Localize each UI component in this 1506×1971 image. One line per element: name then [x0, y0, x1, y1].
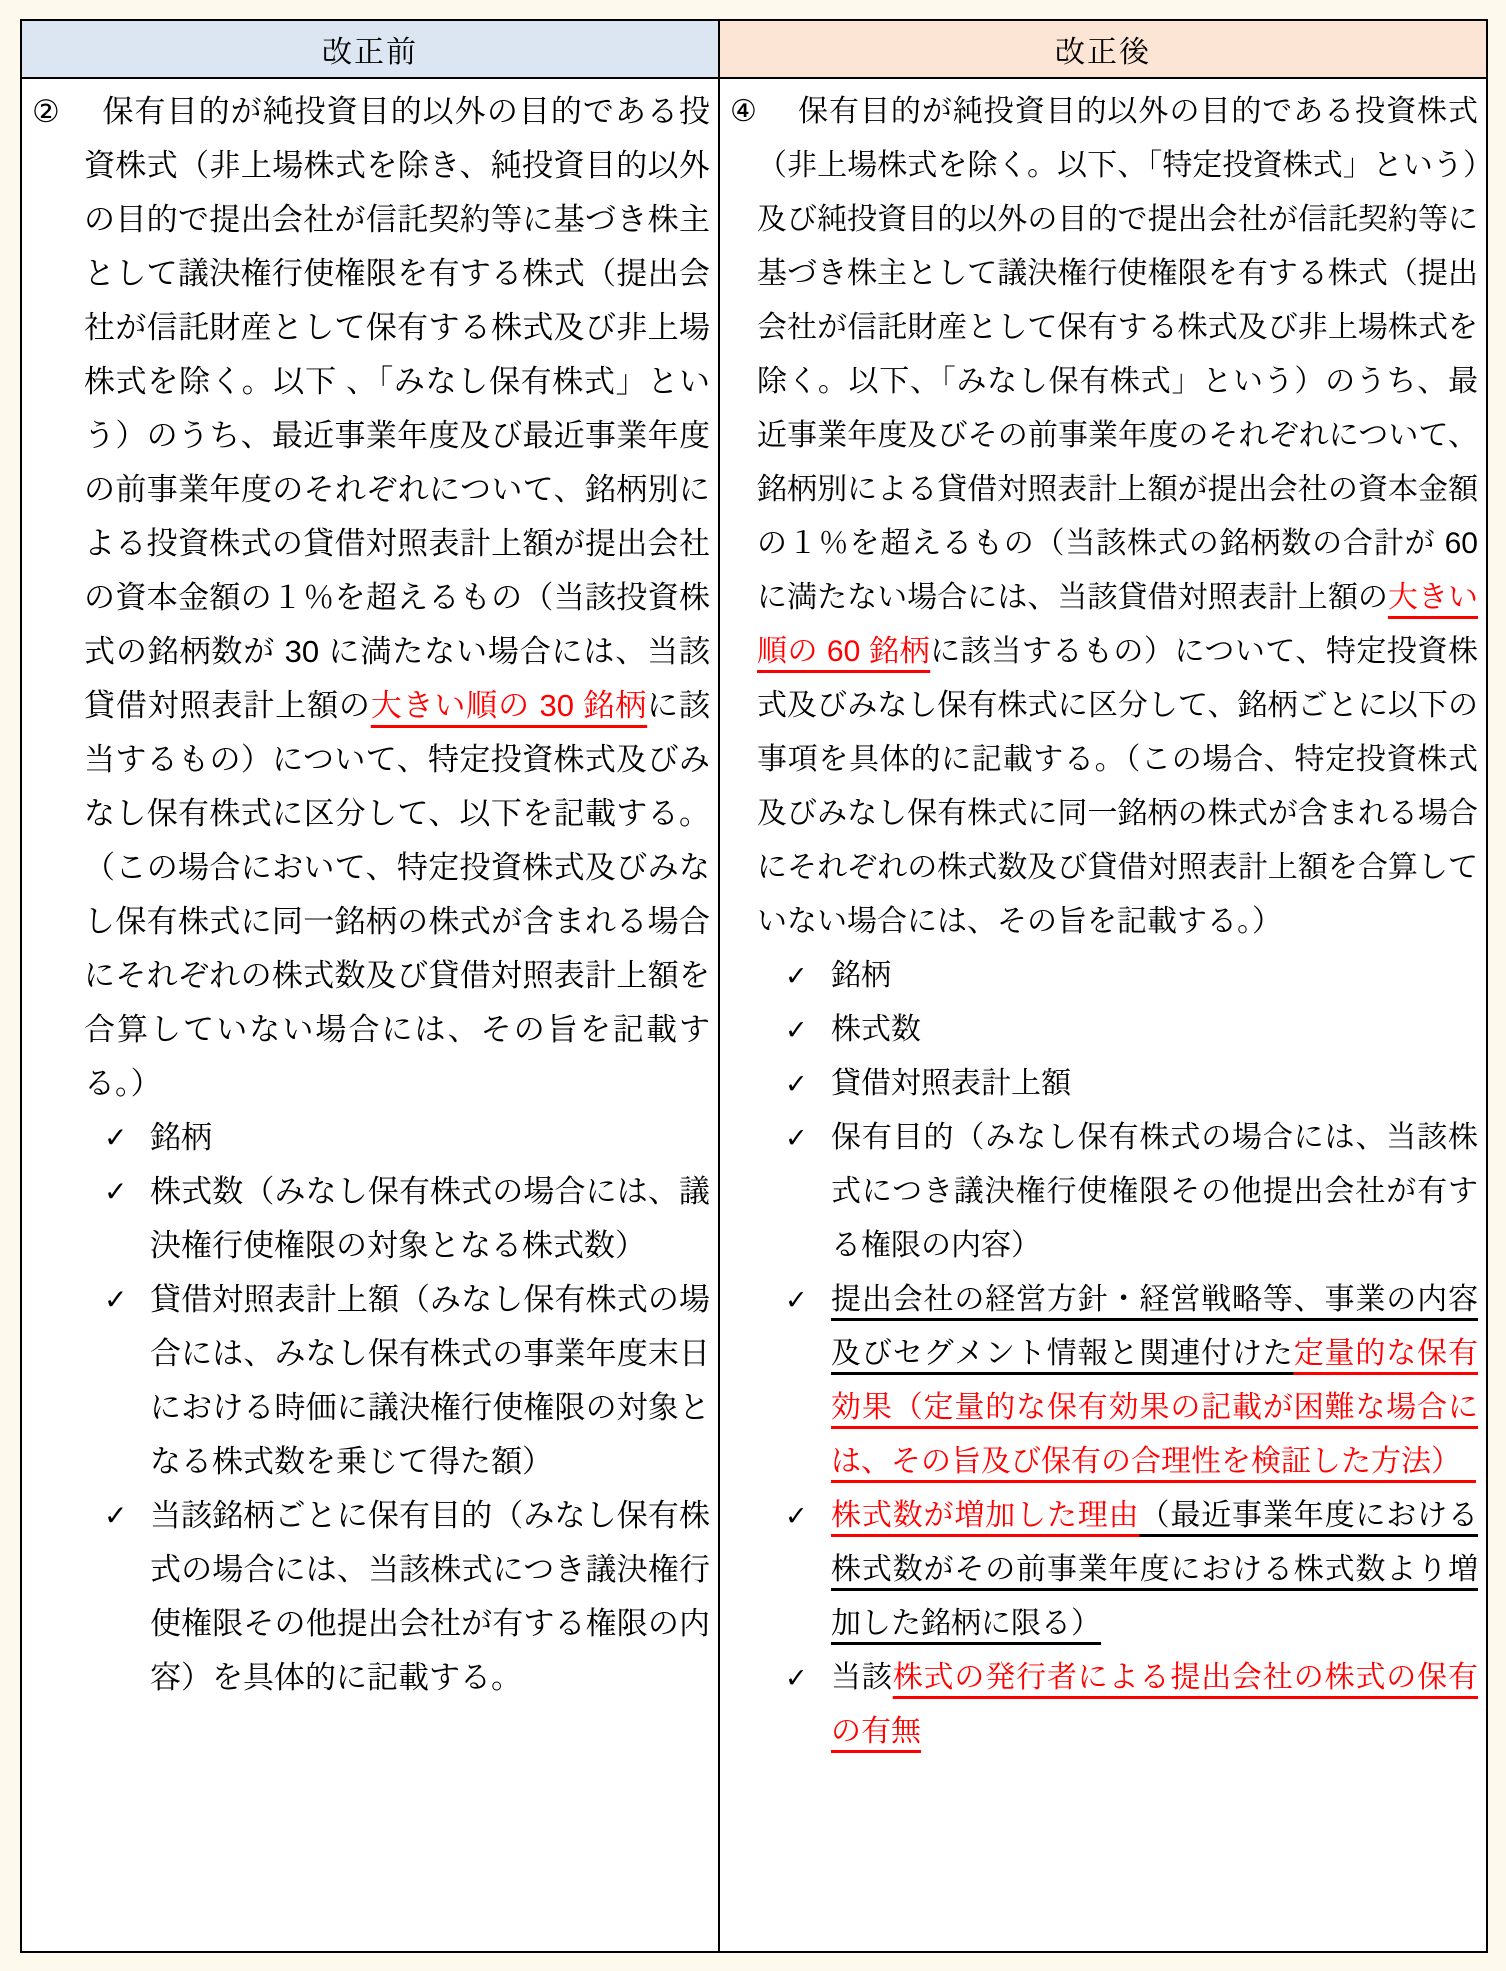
list-item-text: 当該銘柄ごとに保有目的（みなし保有株式の場合には、当該株式につき議決権行使権限そ…: [150, 1489, 710, 1705]
list-item-text: 保有目的（みなし保有株式の場合には、当該株式につき議決権行使権限その他提出会社が…: [831, 1111, 1478, 1273]
text-segment: 銘柄: [150, 1120, 212, 1155]
list-item-text: 提出会社の経営方針・経営戦略等、事業の内容及びセグメント情報と関連付けた定量的な…: [831, 1273, 1478, 1489]
text-segment: 当該: [831, 1661, 893, 1694]
list-item: ✓当該株式の発行者による提出会社の株式の保有の有無: [785, 1651, 1478, 1759]
list-item: ✓保有目的（みなし保有株式の場合には、当該株式につき議決権行使権限その他提出会社…: [785, 1111, 1478, 1273]
header-cell-after-amendment: 改正後: [720, 21, 1486, 77]
red-underlined-text: 株式の発行者による提出会社の株式の保有の有無: [831, 1661, 1478, 1748]
list-item: ✓株式数（みなし保有株式の場合には、議決権行使権限の対象となる株式数）: [104, 1165, 710, 1273]
regulation-comparison-page: { "colors": { "page_bg": "#fdf9ec", "hea…: [0, 0, 1506, 1971]
list-item-text: 貸借対照表計上額: [831, 1057, 1478, 1111]
text-segment: に該当するもの）について、特定投資株式及びみなし保有株式に区分して、銘柄ごとに以…: [757, 635, 1478, 938]
text-segment: ② 保有目的が純投資目的以外の目的である投資株式（非上場株式を除き、純投資目的以…: [32, 94, 710, 723]
header-cell-before-amendment: 改正前: [22, 21, 720, 77]
cell-after-amendment: ④ 保有目的が純投資目的以外の目的である投資株式（非上場株式を除く。以下、「特定…: [720, 79, 1486, 1951]
list-item: ✓銘柄: [785, 949, 1478, 1003]
text-segment: に該当するもの）について、特定投資株式及びみなし保有株式に区分して、以下を記載す…: [84, 688, 710, 1101]
text-segment: 銘柄: [831, 959, 891, 992]
text-segment: 株式数: [831, 1013, 921, 1046]
list-item-text: 株式数（みなし保有株式の場合には、議決権行使権限の対象となる株式数）: [150, 1165, 710, 1273]
list-item: ✓株式数が増加した理由（最近事業年度における株式数がその前事業年度における株式数…: [785, 1489, 1478, 1651]
list-item: ✓貸借対照表計上額: [785, 1057, 1478, 1111]
list-item-text: 株式数が増加した理由（最近事業年度における株式数がその前事業年度における株式数よ…: [831, 1489, 1478, 1651]
checkmark-icon: ✓: [785, 1003, 831, 1057]
list-item-text: 銘柄: [150, 1111, 710, 1165]
cell-before-amendment: ② 保有目的が純投資目的以外の目的である投資株式（非上場株式を除き、純投資目的以…: [22, 79, 720, 1951]
list-item: ✓当該銘柄ごとに保有目的（みなし保有株式の場合には、当該株式につき議決権行使権限…: [104, 1489, 710, 1705]
checkmark-icon: ✓: [104, 1273, 150, 1327]
list-item-text: 貸借対照表計上額（みなし保有株式の場合には、みなし保有株式の事業年度末日における…: [150, 1273, 710, 1489]
before-checklist: ✓銘柄✓株式数（みなし保有株式の場合には、議決権行使権限の対象となる株式数）✓貸…: [32, 1111, 710, 1705]
list-item: ✓貸借対照表計上額（みなし保有株式の場合には、みなし保有株式の事業年度末日におけ…: [104, 1273, 710, 1489]
checkmark-icon: ✓: [785, 1273, 831, 1327]
text-segment: ④ 保有目的が純投資目的以外の目的である投資株式（非上場株式を除く。以下、「特定…: [730, 95, 1478, 614]
list-item: ✓株式数: [785, 1003, 1478, 1057]
before-paragraph: ② 保有目的が純投資目的以外の目的である投資株式（非上場株式を除き、純投資目的以…: [32, 85, 710, 1111]
checkmark-icon: ✓: [785, 1489, 831, 1543]
table-header-row: 改正前 改正後: [22, 21, 1486, 79]
table-body-row: ② 保有目的が純投資目的以外の目的である投資株式（非上場株式を除き、純投資目的以…: [22, 79, 1486, 1951]
list-item-text: 銘柄: [831, 949, 1478, 1003]
checkmark-icon: ✓: [104, 1111, 150, 1165]
amendment-comparison-table: 改正前 改正後 ② 保有目的が純投資目的以外の目的である投資株式（非上場株式を除…: [20, 19, 1488, 1953]
red-underlined-text: 大きい順の 30 銘柄: [371, 688, 647, 723]
text-segment: 保有目的（みなし保有株式の場合には、当該株式につき議決権行使権限その他提出会社が…: [831, 1121, 1478, 1262]
text-segment: 当該銘柄ごとに保有目的（みなし保有株式の場合には、当該株式につき議決権行使権限そ…: [150, 1498, 710, 1695]
checkmark-icon: ✓: [104, 1165, 150, 1219]
after-paragraph: ④ 保有目的が純投資目的以外の目的である投資株式（非上場株式を除く。以下、「特定…: [730, 85, 1478, 949]
red-underlined-text: 株式数が増加した理由: [831, 1499, 1140, 1532]
text-segment: 株式数（みなし保有株式の場合には、議決権行使権限の対象となる株式数）: [150, 1174, 710, 1263]
text-segment: 貸借対照表計上額: [831, 1067, 1071, 1100]
checkmark-icon: ✓: [785, 1111, 831, 1165]
checkmark-icon: ✓: [785, 1057, 831, 1111]
list-item-text: 当該株式の発行者による提出会社の株式の保有の有無: [831, 1651, 1478, 1759]
list-item: ✓銘柄: [104, 1111, 710, 1165]
text-segment: 貸借対照表計上額（みなし保有株式の場合には、みなし保有株式の事業年度末日における…: [150, 1282, 710, 1479]
list-item: ✓提出会社の経営方針・経営戦略等、事業の内容及びセグメント情報と関連付けた定量的…: [785, 1273, 1478, 1489]
after-checklist: ✓銘柄✓株式数✓貸借対照表計上額✓保有目的（みなし保有株式の場合には、当該株式に…: [730, 949, 1478, 1759]
list-item-text: 株式数: [831, 1003, 1478, 1057]
checkmark-icon: ✓: [785, 949, 831, 1003]
checkmark-icon: ✓: [104, 1489, 150, 1543]
checkmark-icon: ✓: [785, 1651, 831, 1705]
